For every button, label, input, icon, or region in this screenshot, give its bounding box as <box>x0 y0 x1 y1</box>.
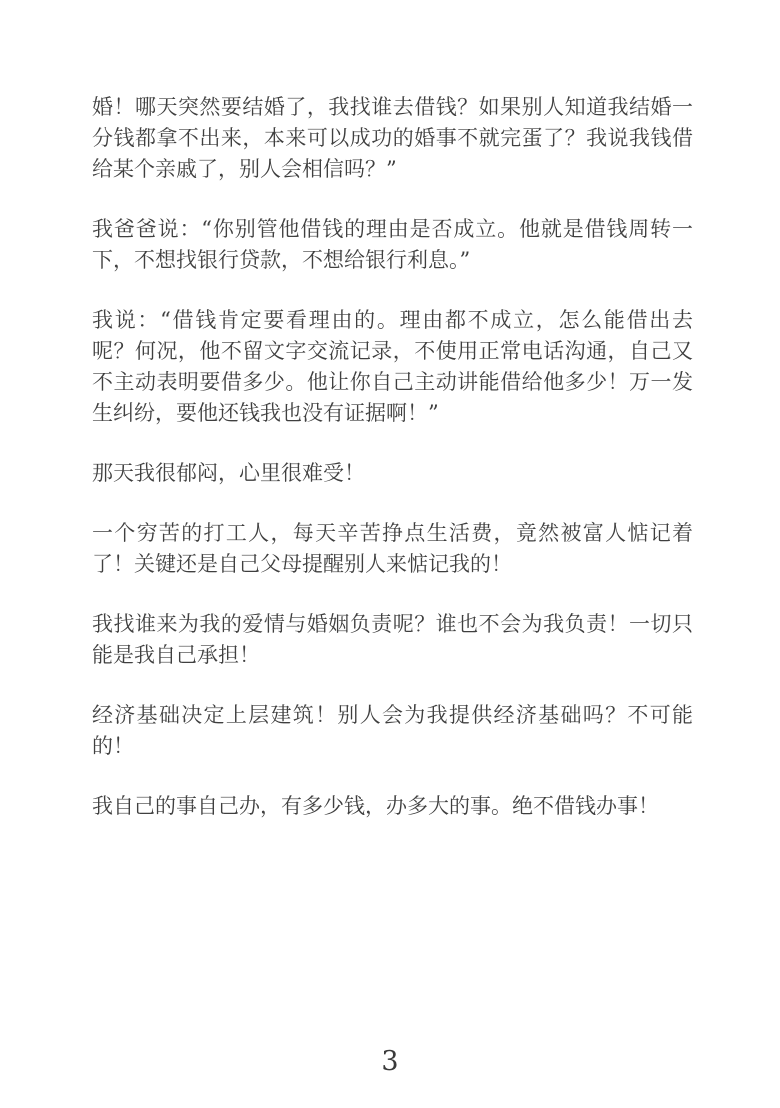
text-line: 给某个亲戚了，别人会相信吗？” <box>92 154 693 185</box>
paragraph: 婚！哪天突然要结婚了，我找谁去借钱？如果别人知道我结婚一分钱都拿不出来，本来可以… <box>92 92 693 185</box>
text-line: 了！关键还是自己父母提醒别人来惦记我的！ <box>92 549 693 580</box>
text-line: 婚！哪天突然要结婚了，我找谁去借钱？如果别人知道我结婚一 <box>92 92 693 123</box>
text-line: 不主动表明要借多少。他让你自己主动讲能借给他多少！万一发 <box>92 367 693 398</box>
paragraph: 经济基础决定上层建筑！别人会为我提供经济基础吗？不可能的！ <box>92 700 693 762</box>
body-text: 婚！哪天突然要结婚了，我找谁去借钱？如果别人知道我结婚一分钱都拿不出来，本来可以… <box>92 92 693 851</box>
page-number: 3 <box>0 1046 780 1077</box>
paragraph: 我说：“借钱肯定要看理由的。理由都不成立，怎么能借出去呢？何况，他不留文字交流记… <box>92 305 693 429</box>
text-line: 我自己的事自己办，有多少钱，办多大的事。绝不借钱办事！ <box>92 791 693 822</box>
text-line: 下，不想找银行贷款，不想给银行利息。” <box>92 245 693 276</box>
text-line: 呢？何况，他不留文字交流记录，不使用正常电话沟通，自己又 <box>92 336 693 367</box>
text-line: 一个穷苦的打工人，每天辛苦挣点生活费，竟然被富人惦记着 <box>92 518 693 549</box>
text-line: 我说：“借钱肯定要看理由的。理由都不成立，怎么能借出去 <box>92 305 693 336</box>
text-line: 我爸爸说：“你别管他借钱的理由是否成立。他就是借钱周转一 <box>92 214 693 245</box>
text-line: 分钱都拿不出来，本来可以成功的婚事不就完蛋了？我说我钱借 <box>92 123 693 154</box>
paragraph: 那天我很郁闷，心里很难受！ <box>92 458 693 489</box>
text-line: 生纠纷，要他还钱我也没有证据啊！” <box>92 398 693 429</box>
paragraph: 我自己的事自己办，有多少钱，办多大的事。绝不借钱办事！ <box>92 791 693 822</box>
text-line: 的！ <box>92 731 693 762</box>
paragraph: 一个穷苦的打工人，每天辛苦挣点生活费，竟然被富人惦记着了！关键还是自己父母提醒别… <box>92 518 693 580</box>
paragraph: 我爸爸说：“你别管他借钱的理由是否成立。他就是借钱周转一下，不想找银行贷款，不想… <box>92 214 693 276</box>
document-page: 婚！哪天突然要结婚了，我找谁去借钱？如果别人知道我结婚一分钱都拿不出来，本来可以… <box>0 0 780 1108</box>
text-line: 那天我很郁闷，心里很难受！ <box>92 458 693 489</box>
text-line: 我找谁来为我的爱情与婚姻负责呢？谁也不会为我负责！一切只 <box>92 609 693 640</box>
text-line: 经济基础决定上层建筑！别人会为我提供经济基础吗？不可能 <box>92 700 693 731</box>
text-line: 能是我自己承担！ <box>92 640 693 671</box>
paragraph: 我找谁来为我的爱情与婚姻负责呢？谁也不会为我负责！一切只能是我自己承担！ <box>92 609 693 671</box>
